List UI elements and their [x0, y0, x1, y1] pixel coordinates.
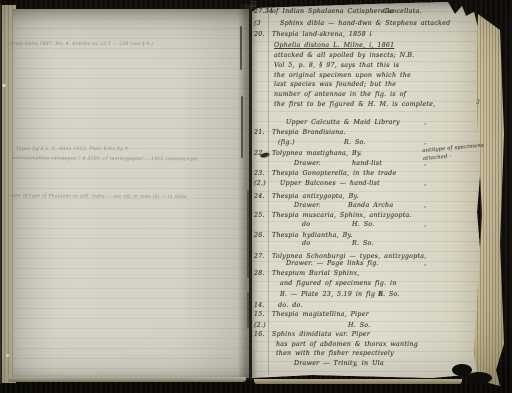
ledger-photo: P 3 27.34of Indian Sphalaena Catispherel… [0, 0, 512, 393]
pencil-note: Lasiocampidae campagus ? A 2301, cf (ant… [12, 156, 198, 162]
pencil-note: Types fig'd L. C. Allen 1912. Plate Ents… [16, 147, 128, 152]
pencil-note-layer: From India 1887. No. 4. Entries no 23.1 … [0, 0, 512, 393]
pencil-note: From India 1887. No. 4. Entries no 23.1 … [10, 42, 153, 47]
pencil-note: note of type of Phalaena in coll. India … [10, 194, 187, 200]
